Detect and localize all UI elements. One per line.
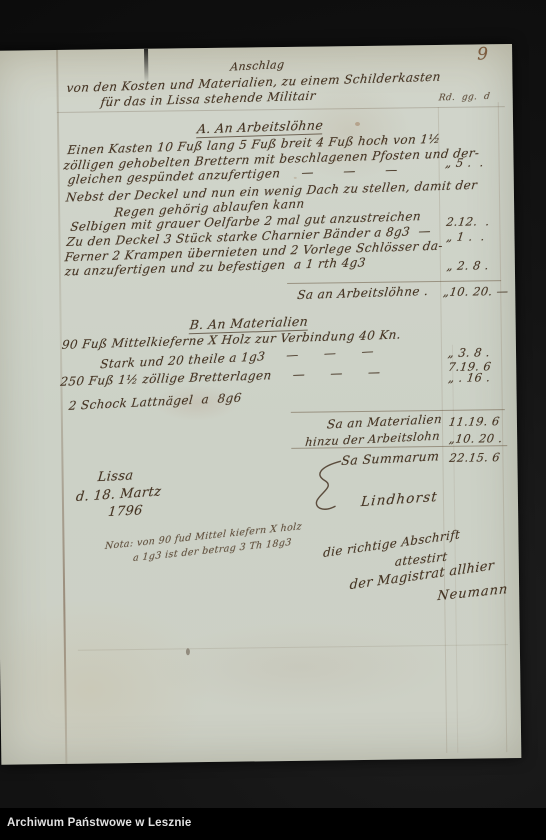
signature-neumann: Neumann bbox=[437, 582, 509, 604]
folio-number: 9 bbox=[477, 44, 488, 64]
currency-column-header: Rd. gg. d bbox=[438, 92, 490, 104]
amount-cell: 2.12. . bbox=[445, 214, 517, 229]
amount-cell: „ 2. 8 . bbox=[446, 258, 518, 273]
grand-total-value: 22.15. 6 bbox=[449, 450, 521, 465]
archive-caption: Archiwum Państwowe w Lesznie bbox=[7, 817, 192, 829]
section-b-line: 2 Schock Lattnägel a 8g6 bbox=[68, 391, 242, 413]
total-materials-value: 11.19. 6 bbox=[448, 414, 520, 429]
ink-stain bbox=[355, 122, 360, 126]
photo-background: 9 Anschlag von den Kosten und Materialie… bbox=[0, 0, 546, 840]
signature-lindhorst: Lindhorst bbox=[360, 489, 438, 510]
amount-cell: „ 1 . . bbox=[446, 229, 518, 244]
date-year: 1796 bbox=[107, 503, 143, 520]
section-a-sum-label: Sa an Arbeitslöhne . bbox=[297, 284, 430, 302]
sum-rule-a bbox=[287, 280, 501, 284]
date-place: Lissa bbox=[97, 468, 134, 485]
section-a-sum-value: „10. 20. — bbox=[442, 284, 509, 299]
signature-flourish bbox=[310, 458, 345, 514]
totals-rule-top bbox=[291, 409, 505, 413]
amount-cell: „ 3. 8 . bbox=[447, 345, 519, 360]
date-day: d. 18. Martz bbox=[75, 484, 162, 505]
amount-column-line-2 bbox=[452, 345, 458, 753]
amount-cell: „ . 16 . bbox=[447, 370, 519, 385]
page-title-line1: Anschlag bbox=[230, 58, 285, 74]
manuscript-page: 9 Anschlag von den Kosten und Materialie… bbox=[0, 44, 521, 765]
total-labor-value: „10. 20 . bbox=[448, 431, 520, 446]
lower-rule bbox=[78, 644, 508, 651]
grand-total-label: Sa Summarum bbox=[341, 448, 440, 468]
archive-caption-bar: Archiwum Państwowe w Lesznie bbox=[0, 808, 546, 840]
ink-stain bbox=[186, 648, 190, 655]
amount-cell: „ 5 . . bbox=[445, 155, 517, 170]
